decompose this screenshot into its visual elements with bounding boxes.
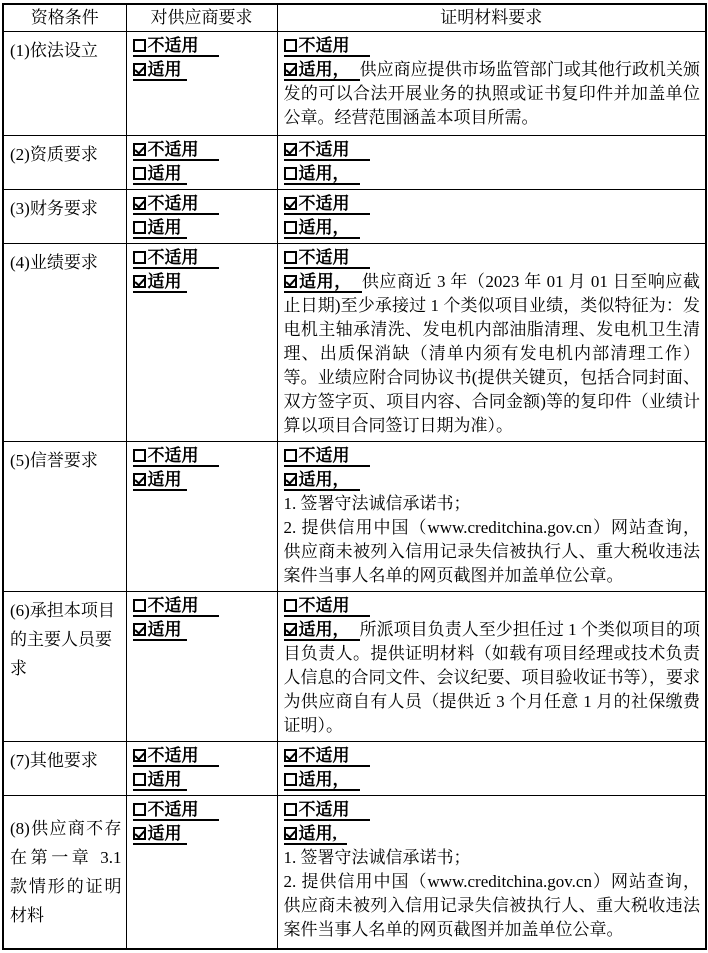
proof-requirement-cell: 不适用适用，供应商应提供市场监管部门或其他行政机关颁发的可以合法开展业务的执照或… <box>277 32 706 136</box>
table-row: (6)承担本项目的主要人员要求不适用适用不适用适用，所派项目负责人至少担任过 1… <box>3 592 706 742</box>
option-label: 适用， <box>299 770 350 789</box>
unchecked-option: 不适用 <box>133 800 219 821</box>
checkbox-unchecked-icon <box>133 773 146 786</box>
unchecked-option: 适用 <box>133 164 187 185</box>
option-label: 适用, <box>299 824 337 843</box>
option-label: 适用 <box>148 60 182 79</box>
supplier-requirement-cell: 不适用适用 <box>126 442 277 592</box>
supplier-requirement-cell: 不适用适用 <box>126 136 277 190</box>
table-row: (2)资质要求不适用适用不适用适用， <box>3 136 706 190</box>
supplier-option-line: 不适用 <box>133 594 273 618</box>
proof-option-line: 不适用 <box>284 798 701 822</box>
unchecked-option: 不适用 <box>284 36 370 57</box>
option-label: 适用， <box>299 620 350 639</box>
supplier-option-line: 适用 <box>133 216 273 240</box>
condition-cell: (3)财务要求 <box>3 190 126 244</box>
option-label: 不适用 <box>299 36 350 55</box>
checkbox-checked-icon <box>284 143 297 156</box>
checkbox-unchecked-icon <box>133 251 146 264</box>
checkbox-checked-icon <box>133 623 146 636</box>
checked-option: 适用 <box>133 470 187 491</box>
checked-option: 适用 <box>133 60 187 81</box>
option-label: 适用， <box>299 470 350 489</box>
option-label: 不适用 <box>299 248 350 267</box>
checkbox-checked-icon <box>133 197 146 210</box>
supplier-option-line: 适用 <box>133 768 273 792</box>
proof-requirement-cell: 不适用适用，供应商近 3 年（2023 年 01 月 01 日至响应截止日期)至… <box>277 244 706 442</box>
supplier-option-line: 不适用 <box>133 744 273 768</box>
option-label: 不适用 <box>299 194 350 213</box>
checkbox-unchecked-icon <box>133 167 146 180</box>
checked-option: 不适用 <box>284 746 370 767</box>
proof-text-line: 1. 签署守法诚信承诺书； <box>284 846 701 870</box>
checkbox-checked-icon <box>284 275 297 288</box>
proof-text-line: 1. 签署守法诚信承诺书； <box>284 492 701 516</box>
checked-option: 适用， <box>284 272 362 293</box>
unchecked-option: 不适用 <box>133 248 219 269</box>
proof-option-line: 适用, <box>284 822 701 846</box>
unchecked-option: 不适用 <box>133 36 219 57</box>
table-row: (3)财务要求不适用适用不适用适用， <box>3 190 706 244</box>
supplier-option-line: 不适用 <box>133 34 273 58</box>
proof-option-line: 不适用 <box>284 444 701 468</box>
checkbox-unchecked-icon <box>133 803 146 816</box>
proof-option-line: 不适用 <box>284 192 701 216</box>
checkbox-unchecked-icon <box>284 803 297 816</box>
header-supplier-requirement: 对供应商要求 <box>126 4 277 32</box>
checkbox-unchecked-icon <box>133 599 146 612</box>
table-body: (1)依法设立不适用适用不适用适用，供应商应提供市场监管部门或其他行政机关颁发的… <box>3 32 706 949</box>
proof-option-line: 不适用 <box>284 246 701 270</box>
unchecked-option: 不适用 <box>133 446 219 467</box>
checked-option: 适用， <box>284 470 360 491</box>
checkbox-checked-icon <box>284 473 297 486</box>
proof-option-line: 不适用 <box>284 744 701 768</box>
option-label: 适用 <box>148 620 182 639</box>
option-label: 不适用 <box>299 800 350 819</box>
option-label: 适用， <box>299 164 350 183</box>
checked-option: 不适用 <box>133 140 219 161</box>
proof-option-line: 不适用 <box>284 138 701 162</box>
unchecked-option: 不适用 <box>133 596 219 617</box>
header-row: 资格条件 对供应商要求 证明材料要求 <box>3 4 706 32</box>
unchecked-option: 不适用 <box>284 248 370 269</box>
checked-option: 不适用 <box>284 140 370 161</box>
checkbox-checked-icon <box>133 275 146 288</box>
option-label: 不适用 <box>148 140 199 159</box>
proof-requirement-cell: 不适用适用，1. 签署守法诚信承诺书；2. 提供信用中国（www.creditc… <box>277 442 706 592</box>
checked-option: 适用 <box>133 620 187 641</box>
header-proof-material-requirement: 证明材料要求 <box>277 4 706 32</box>
supplier-option-line: 适用 <box>133 162 273 186</box>
condition-label: (8)供应商不存在第一章 3.1 款情形的证明材料 <box>10 814 122 930</box>
checked-option: 适用, <box>284 824 347 845</box>
checkbox-unchecked-icon <box>133 221 146 234</box>
option-label: 适用， <box>299 272 352 291</box>
supplier-requirement-cell: 不适用适用 <box>126 742 277 796</box>
checked-option: 适用 <box>133 272 187 293</box>
condition-label: (5)信誉要求 <box>10 446 122 475</box>
checkbox-checked-icon <box>284 827 297 840</box>
checkbox-checked-icon <box>284 197 297 210</box>
unchecked-option: 适用， <box>284 218 360 239</box>
unchecked-option: 不适用 <box>284 446 370 467</box>
supplier-option-line: 不适用 <box>133 444 273 468</box>
unchecked-option: 适用， <box>284 770 360 791</box>
condition-cell: (6)承担本项目的主要人员要求 <box>3 592 126 742</box>
option-label: 不适用 <box>299 596 350 615</box>
unchecked-option: 不适用 <box>284 596 370 617</box>
option-label: 适用 <box>148 824 182 843</box>
checkbox-unchecked-icon <box>284 773 297 786</box>
proof-option-line: 适用， <box>284 468 701 492</box>
proof-text: 供应商近 3 年（2023 年 01 月 01 日至响应截止日期)至少承接过 1… <box>284 272 701 435</box>
checkbox-unchecked-icon <box>284 167 297 180</box>
unchecked-option: 适用 <box>133 218 187 239</box>
proof-option-line: 适用， <box>284 768 701 792</box>
proof-option-line: 适用，所派项目负责人至少担任过 1 个类似项目的项目负责人。提供证明材料（如载有… <box>284 618 701 738</box>
option-label: 不适用 <box>148 248 199 267</box>
condition-cell: (8)供应商不存在第一章 3.1 款情形的证明材料 <box>3 796 126 949</box>
checkbox-checked-icon <box>133 63 146 76</box>
condition-cell: (1)依法设立 <box>3 32 126 136</box>
supplier-requirement-cell: 不适用适用 <box>126 592 277 742</box>
condition-label: (4)业绩要求 <box>10 248 122 277</box>
option-label: 不适用 <box>148 194 199 213</box>
checkbox-unchecked-icon <box>284 599 297 612</box>
checkbox-checked-icon <box>133 473 146 486</box>
table-header: 资格条件 对供应商要求 证明材料要求 <box>3 4 706 32</box>
supplier-option-line: 适用 <box>133 822 273 846</box>
checkbox-unchecked-icon <box>133 449 146 462</box>
condition-label: (6)承担本项目的主要人员要求 <box>10 596 122 683</box>
supplier-option-line: 适用 <box>133 270 273 294</box>
checkbox-checked-icon <box>284 63 297 76</box>
checkbox-checked-icon <box>133 827 146 840</box>
checked-option: 不适用 <box>133 194 219 215</box>
checkbox-unchecked-icon <box>133 39 146 52</box>
table-row: (8)供应商不存在第一章 3.1 款情形的证明材料不适用适用不适用适用,1. 签… <box>3 796 706 949</box>
option-label: 不适用 <box>299 746 350 765</box>
checkbox-checked-icon <box>133 749 146 762</box>
table-row: (1)依法设立不适用适用不适用适用，供应商应提供市场监管部门或其他行政机关颁发的… <box>3 32 706 136</box>
checkbox-unchecked-icon <box>284 251 297 264</box>
proof-text-line: 2. 提供信用中国（www.creditchina.gov.cn）网站查询，供应… <box>284 870 701 942</box>
option-label: 不适用 <box>299 140 350 159</box>
checked-option: 适用 <box>133 824 187 845</box>
table-row: (7)其他要求不适用适用不适用适用， <box>3 742 706 796</box>
checkbox-checked-icon <box>133 143 146 156</box>
option-label: 适用 <box>148 470 182 489</box>
condition-label: (1)依法设立 <box>10 36 122 65</box>
supplier-option-line: 适用 <box>133 618 273 642</box>
proof-option-line: 不适用 <box>284 34 701 58</box>
proof-requirement-cell: 不适用适用， <box>277 190 706 244</box>
supplier-option-line: 不适用 <box>133 138 273 162</box>
table-row: (5)信誉要求不适用适用不适用适用，1. 签署守法诚信承诺书；2. 提供信用中国… <box>3 442 706 592</box>
supplier-option-line: 适用 <box>133 58 273 82</box>
proof-option-line: 适用，供应商近 3 年（2023 年 01 月 01 日至响应截止日期)至少承接… <box>284 270 701 438</box>
condition-cell: (2)资质要求 <box>3 136 126 190</box>
proof-option-line: 适用，供应商应提供市场监管部门或其他行政机关颁发的可以合法开展业务的执照或证书复… <box>284 58 701 130</box>
unchecked-option: 适用 <box>133 770 187 791</box>
proof-requirement-cell: 不适用适用， <box>277 136 706 190</box>
option-label: 适用 <box>148 272 182 291</box>
proof-text-line: 2. 提供信用中国（www.creditchina.gov.cn）网站查询，供应… <box>284 516 701 588</box>
condition-label: (7)其他要求 <box>10 746 122 775</box>
option-label: 不适用 <box>148 446 199 465</box>
supplier-option-line: 不适用 <box>133 798 273 822</box>
option-label: 不适用 <box>148 746 199 765</box>
header-qualification-condition: 资格条件 <box>3 4 126 32</box>
proof-requirement-cell: 不适用适用，所派项目负责人至少担任过 1 个类似项目的项目负责人。提供证明材料（… <box>277 592 706 742</box>
option-label: 适用 <box>148 164 182 183</box>
checked-option: 适用， <box>284 620 360 641</box>
checkbox-checked-icon <box>284 749 297 762</box>
option-label: 适用 <box>148 770 182 789</box>
table-row: (4)业绩要求不适用适用不适用适用，供应商近 3 年（2023 年 01 月 0… <box>3 244 706 442</box>
option-label: 不适用 <box>148 36 199 55</box>
option-label: 适用， <box>299 60 350 79</box>
option-label: 适用， <box>299 218 350 237</box>
option-label: 不适用 <box>148 800 199 819</box>
supplier-option-line: 不适用 <box>133 192 273 216</box>
proof-requirement-cell: 不适用适用,1. 签署守法诚信承诺书；2. 提供信用中国（www.creditc… <box>277 796 706 949</box>
proof-requirement-cell: 不适用适用， <box>277 742 706 796</box>
checkbox-checked-icon <box>284 623 297 636</box>
option-label: 不适用 <box>299 446 350 465</box>
qualification-table: 资格条件 对供应商要求 证明材料要求 (1)依法设立不适用适用不适用适用，供应商… <box>2 3 707 950</box>
supplier-option-line: 不适用 <box>133 246 273 270</box>
condition-cell: (4)业绩要求 <box>3 244 126 442</box>
supplier-requirement-cell: 不适用适用 <box>126 32 277 136</box>
checked-option: 适用， <box>284 60 360 81</box>
option-label: 适用 <box>148 218 182 237</box>
condition-label: (3)财务要求 <box>10 194 122 223</box>
condition-label: (2)资质要求 <box>10 140 122 169</box>
checkbox-unchecked-icon <box>284 39 297 52</box>
unchecked-option: 适用， <box>284 164 360 185</box>
supplier-option-line: 适用 <box>133 468 273 492</box>
supplier-requirement-cell: 不适用适用 <box>126 244 277 442</box>
proof-option-line: 适用， <box>284 162 701 186</box>
supplier-requirement-cell: 不适用适用 <box>126 190 277 244</box>
proof-option-line: 不适用 <box>284 594 701 618</box>
condition-cell: (7)其他要求 <box>3 742 126 796</box>
condition-cell: (5)信誉要求 <box>3 442 126 592</box>
checkbox-unchecked-icon <box>284 449 297 462</box>
checked-option: 不适用 <box>133 746 219 767</box>
supplier-requirement-cell: 不适用适用 <box>126 796 277 949</box>
checkbox-unchecked-icon <box>284 221 297 234</box>
checked-option: 不适用 <box>284 194 370 215</box>
unchecked-option: 不适用 <box>284 800 370 821</box>
option-label: 不适用 <box>148 596 199 615</box>
proof-option-line: 适用， <box>284 216 701 240</box>
